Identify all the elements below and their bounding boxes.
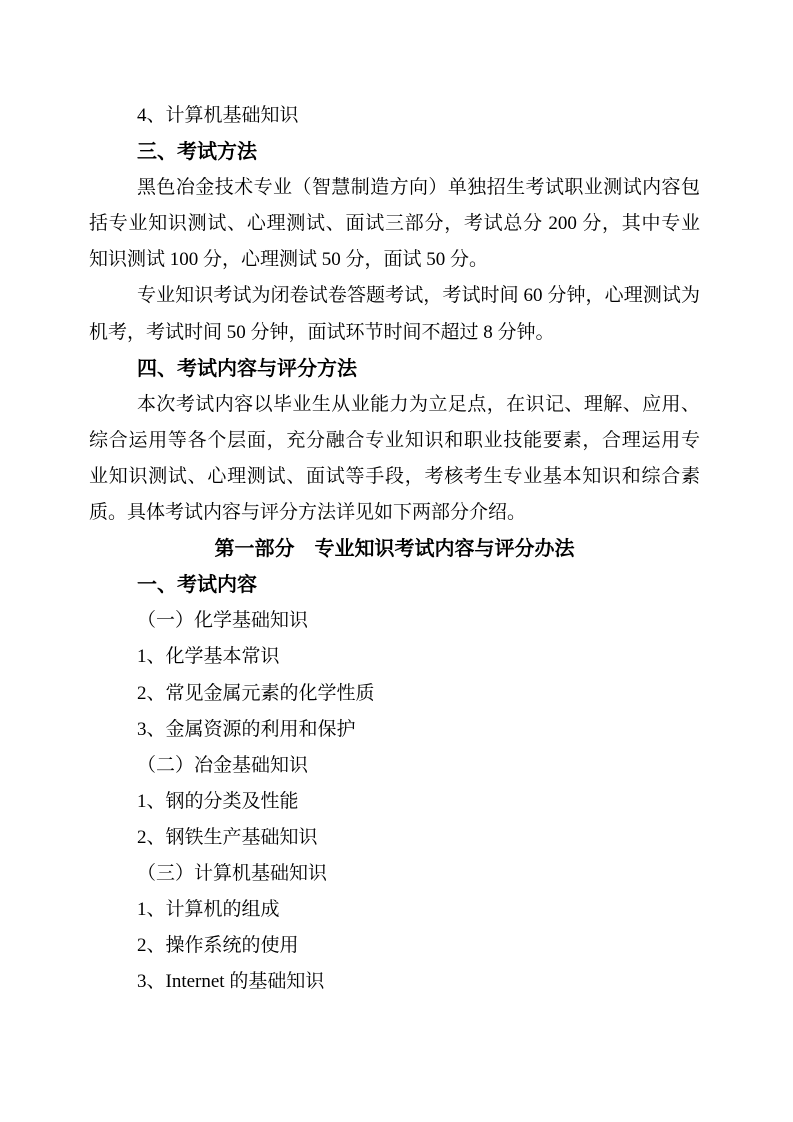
document-line: 3、金属资源的利用和保护 bbox=[89, 712, 700, 748]
document-line: （三）计算机基础知识 bbox=[89, 856, 700, 892]
document-line: 专业知识考试为闭卷试卷答题考试，考试时间 60 分钟，心理测试为 bbox=[89, 278, 700, 314]
document-line: 一、考试内容 bbox=[89, 567, 700, 603]
document-line: 3、Internet 的基础知识 bbox=[89, 964, 700, 1000]
document-line: 知识测试 100 分，心理测试 50 分，面试 50 分。 bbox=[89, 242, 700, 278]
document-page: 4、计算机基础知识三、考试方法黑色冶金技术专业（智慧制造方向）单独招生考试职业测… bbox=[0, 0, 793, 1122]
document-line: 黑色冶金技术专业（智慧制造方向）单独招生考试职业测试内容包 bbox=[89, 170, 700, 206]
document-line: （二）冶金基础知识 bbox=[89, 748, 700, 784]
document-line: 4、计算机基础知识 bbox=[89, 98, 700, 134]
document-line: 2、常见金属元素的化学性质 bbox=[89, 676, 700, 712]
document-line: 质。具体考试内容与评分方法详见如下两部分介绍。 bbox=[89, 495, 700, 531]
document-line: 四、考试内容与评分方法 bbox=[89, 351, 700, 387]
document-line: 1、计算机的组成 bbox=[89, 892, 700, 928]
document-line: 2、操作系统的使用 bbox=[89, 928, 700, 964]
document-line: 综合运用等各个层面，充分融合专业知识和职业技能要素，合理运用专 bbox=[89, 423, 700, 459]
document-line: 业知识测试、心理测试、面试等手段，考核考生专业基本知识和综合素 bbox=[89, 459, 700, 495]
document-line: 括专业知识测试、心理测试、面试三部分，考试总分 200 分，其中专业 bbox=[89, 206, 700, 242]
document-line: 本次考试内容以毕业生从业能力为立足点，在识记、理解、应用、 bbox=[89, 387, 700, 423]
document-line: 第一部分 专业知识考试内容与评分办法 bbox=[89, 531, 700, 567]
document-line: 1、钢的分类及性能 bbox=[89, 784, 700, 820]
document-line: 三、考试方法 bbox=[89, 134, 700, 170]
document-line: （一）化学基础知识 bbox=[89, 603, 700, 639]
document-line: 2、钢铁生产基础知识 bbox=[89, 820, 700, 856]
document-line: 1、化学基本常识 bbox=[89, 639, 700, 675]
document-line: 机考，考试时间 50 分钟，面试环节时间不超过 8 分钟。 bbox=[89, 315, 700, 351]
